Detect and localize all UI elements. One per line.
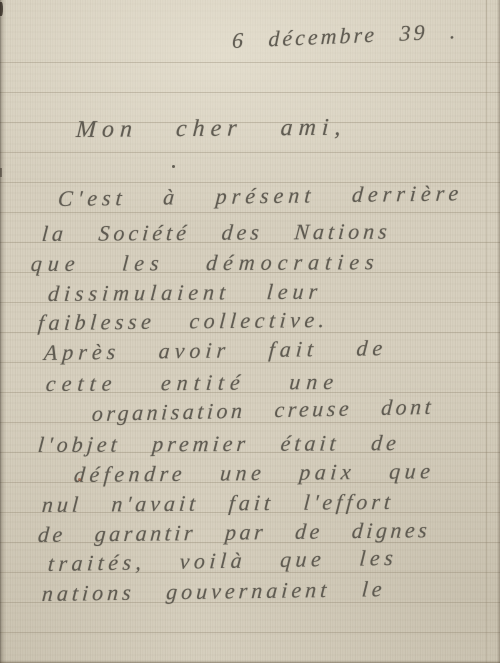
handwriting-line-3: que les démocraties <box>30 249 381 277</box>
handwriting-line-11: nul n'avait fait l'effort <box>41 489 395 518</box>
handwriting-line-2: la Société des Nations <box>41 219 392 247</box>
letter-page: 6 décembre 39 . Mon cher ami, C'est à pr… <box>0 0 500 663</box>
paper-speck <box>78 478 81 481</box>
handwriting-line-4: dissimulaient leur <box>47 279 323 307</box>
handwriting-line-7: cette entité une <box>45 369 340 397</box>
letter-salutation: Mon cher ami, <box>75 115 347 144</box>
stray-pencil-dot <box>172 165 175 168</box>
right-margin-crease <box>486 0 487 663</box>
handwriting-line-9: l'objet premier était de <box>37 430 401 458</box>
letter-date: 6 décembre 39 . <box>232 18 459 54</box>
handwriting-line-6: Après avoir fait de <box>43 335 388 366</box>
handwriting-line-10: défendre une paix que <box>73 458 436 488</box>
handwriting-line-12: de garantir par de dignes <box>37 517 431 548</box>
handwriting-line-5: faiblesse collective. <box>37 307 330 336</box>
handwriting-line-14: nations gouvernaient le <box>41 576 387 607</box>
page-left-edge <box>0 0 6 663</box>
